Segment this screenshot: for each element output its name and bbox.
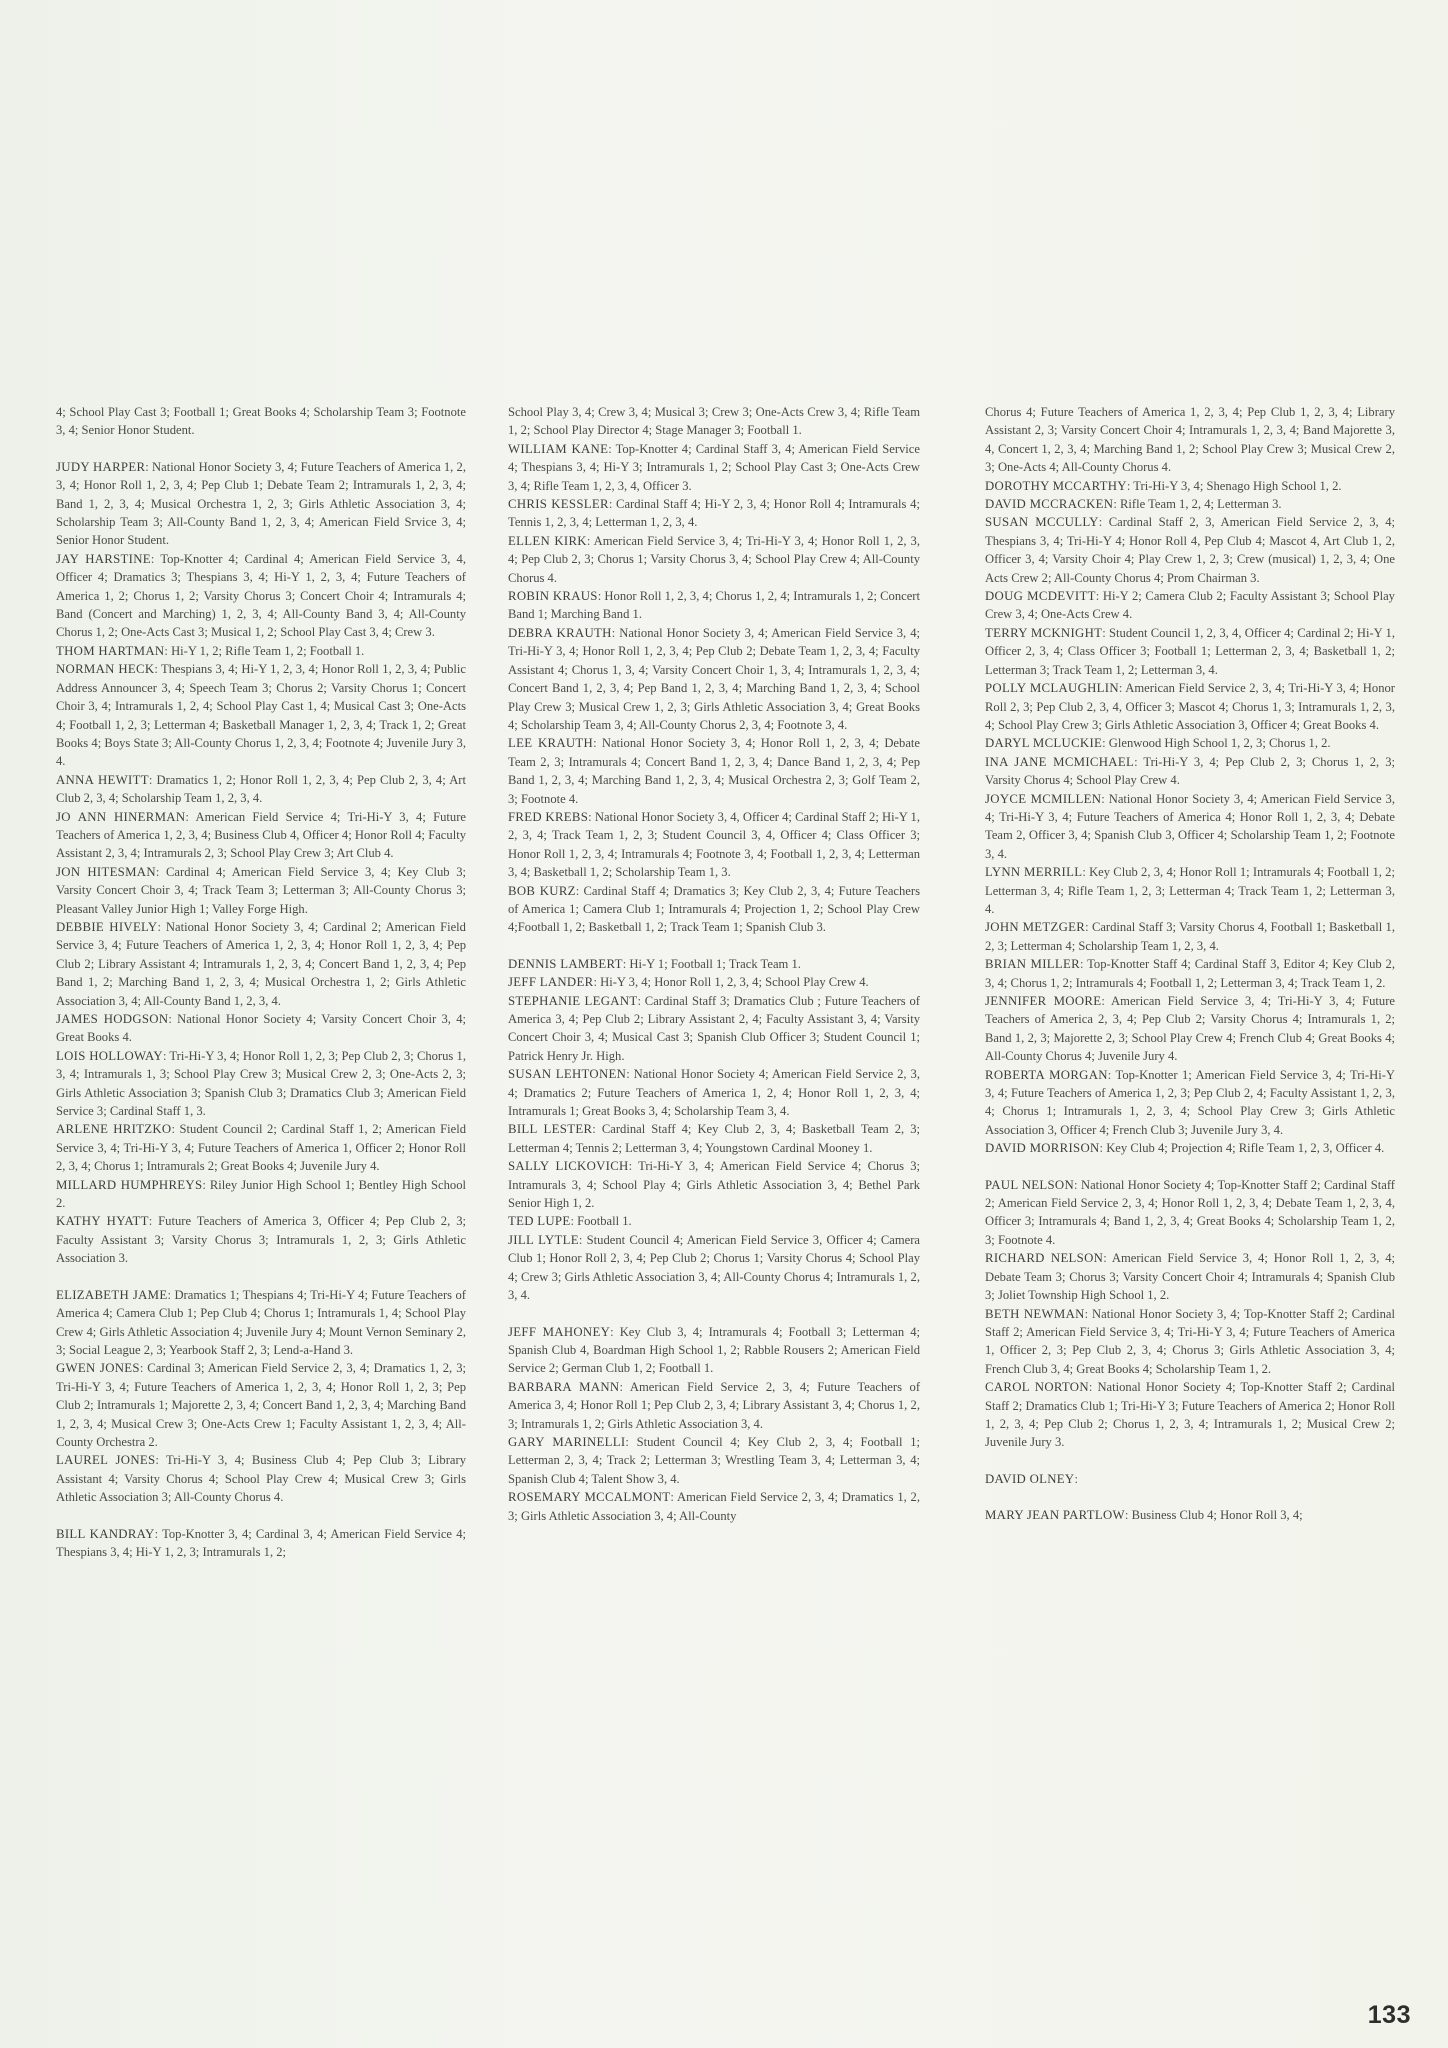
name-separator: :: [638, 994, 645, 1008]
student-name: STEPHANIE LEGANT: [508, 994, 638, 1008]
name-separator: :: [610, 1325, 620, 1339]
name-separator: :: [1102, 626, 1109, 640]
student-name: BILL KANDRAY: [56, 1527, 155, 1541]
student-name: DEBRA KRAUTH: [508, 626, 612, 640]
senior-entry: DEBBIE HIVELY: National Honor Society 3,…: [56, 918, 466, 1010]
student-name: FRED KREBS: [508, 810, 588, 824]
student-name: GWEN JONES: [56, 1361, 140, 1375]
name-separator: :: [155, 1527, 162, 1541]
senior-entry: TED LUPE: Football 1.: [508, 1212, 920, 1230]
name-separator: :: [629, 1159, 638, 1173]
student-name: DAVID OLNEY: [985, 1472, 1074, 1486]
activities-text: School Play 3, 4; Crew 3, 4; Musical 3; …: [508, 405, 920, 437]
senior-entry: CHRIS KESSLER: Cardinal Staff 4; Hi-Y 2,…: [508, 495, 920, 532]
senior-entry: ARLENE HRITZKO: Student Council 2; Cardi…: [56, 1120, 466, 1175]
name-separator: :: [592, 1122, 602, 1136]
name-separator: :: [1099, 515, 1109, 529]
name-separator: :: [151, 552, 160, 566]
student-name: JAMES HODGSON: [56, 1012, 168, 1026]
senior-entry: KATHY HYATT: Future Teachers of America …: [56, 1212, 466, 1267]
name-separator: :: [1103, 1251, 1112, 1265]
senior-entry: RICHARD NELSON: American Field Service 3…: [985, 1249, 1395, 1304]
student-name: DOROTHY McCARTHY: [985, 479, 1127, 493]
text-column-middle: School Play 3, 4; Crew 3, 4; Musical 3; …: [508, 403, 920, 1525]
name-separator: :: [1102, 736, 1109, 750]
student-name: DOUG McDEVITT: [985, 589, 1096, 603]
senior-entry: BOB KURZ: Cardinal Staff 4; Dramatics 3;…: [508, 882, 920, 937]
student-name: JOHN METZGER: [985, 920, 1085, 934]
student-name: PAUL NELSON: [985, 1178, 1074, 1192]
senior-entry: BETH NEWMAN: National Honor Society 3, 4…: [985, 1305, 1395, 1379]
activities-text: Tri-Hi-Y 3, 4; Shenago High School 1, 2.: [1133, 479, 1341, 493]
name-separator: :: [1080, 957, 1087, 971]
senior-entry: JENNIFER MOORE: American Field Service 3…: [985, 992, 1395, 1066]
name-separator: :: [157, 920, 165, 934]
senior-entry: WILLIAM KANE: Top-Knotter 4; Cardinal St…: [508, 440, 920, 495]
student-name: JO ANN HINERMAN: [56, 810, 185, 824]
student-name: JILL LYTLE: [508, 1233, 579, 1247]
activities-text: Chorus 4; Future Teachers of America 1, …: [985, 405, 1395, 474]
text-column-left: 4; School Play Cast 3; Football 1; Great…: [56, 403, 466, 1561]
senior-entry: JON HITESMAN: Cardinal 4; American Field…: [56, 863, 466, 918]
senior-entry: DARYL McLUCKIE: Glenwood High School 1, …: [985, 734, 1395, 752]
activities-text: Hi-Y 1, 2; Rifle Team 1, 2; Football 1.: [171, 644, 364, 658]
student-name: BETH NEWMAN: [985, 1307, 1085, 1321]
name-separator: :: [588, 810, 595, 824]
senior-entry: BILL LESTER: Cardinal Staff 4; Key Club …: [508, 1120, 920, 1157]
student-name: DEBBIE HIVELY: [56, 920, 157, 934]
student-name: ELIZABETH JAME: [56, 1288, 167, 1302]
senior-entry: DAVID McCRACKEN: Rifle Team 1, 2, 4; Let…: [985, 495, 1395, 513]
student-name: SALLY LICKOVICH: [508, 1159, 629, 1173]
student-name: DARYL McLUCKIE: [985, 736, 1102, 750]
student-name: KATHY HYATT: [56, 1214, 149, 1228]
student-name: GARY MARINELLI: [508, 1435, 625, 1449]
student-name: MARY JEAN PARTLOW: [985, 1508, 1125, 1522]
student-name: ROBERTA MORGAN: [985, 1068, 1108, 1082]
senior-entry: DAVID OLNEY:: [985, 1470, 1395, 1488]
student-name: MILLARD HUMPHREYS: [56, 1178, 202, 1192]
senior-entry: TERRY McKNIGHT: Student Council 1, 2, 3,…: [985, 624, 1395, 679]
senior-entry: GWEN JONES: Cardinal 3; American Field S…: [56, 1359, 466, 1451]
activities-text: Glenwood High School 1, 2, 3; Chorus 1, …: [1109, 736, 1331, 750]
student-name: BILL LESTER: [508, 1122, 592, 1136]
senior-entry: LAUREL JONES: Tri-Hi-Y 3, 4; Business Cl…: [56, 1451, 466, 1506]
name-separator: :: [579, 1233, 587, 1247]
name-separator: :: [1085, 920, 1092, 934]
senior-entry: DAVID MORRISON: Key Club 4; Projection 4…: [985, 1139, 1395, 1157]
senior-entry: INA JANE McMICHAEL: Tri-Hi-Y 3, 4; Pep C…: [985, 753, 1395, 790]
student-name: ANNA HEWITT: [56, 773, 149, 787]
name-separator: :: [202, 1178, 210, 1192]
student-name: JOYCE McMILLEN: [985, 792, 1101, 806]
name-separator: :: [587, 534, 594, 548]
senior-entry: Chorus 4; Future Teachers of America 1, …: [985, 403, 1395, 477]
senior-entry: STEPHANIE LEGANT: Cardinal Staff 3; Dram…: [508, 992, 920, 1066]
senior-entry: PAUL NELSON: National Honor Society 4; T…: [985, 1176, 1395, 1250]
student-name: JAY HARSTINE: [56, 552, 151, 566]
name-separator: :: [1096, 589, 1103, 603]
senior-entry: POLLY McLAUGHLIN: American Field Service…: [985, 679, 1395, 734]
name-separator: :: [1074, 1178, 1081, 1192]
senior-entry: FRED KREBS: National Honor Society 3, 4,…: [508, 808, 920, 882]
student-name: POLLY McLAUGHLIN: [985, 681, 1119, 695]
senior-entry: GARY MARINELLI: Student Council 4; Key C…: [508, 1433, 920, 1488]
name-separator: :: [185, 810, 195, 824]
senior-entry: BILL KANDRAY: Top-Knotter 3, 4; Cardinal…: [56, 1525, 466, 1562]
student-name: ELLEN KIRK: [508, 534, 587, 548]
name-separator: :: [1134, 755, 1143, 769]
senior-entry: DOUG McDEVITT: Hi-Y 2; Camera Club 2; Fa…: [985, 587, 1395, 624]
senior-entry: SALLY LICKOVICH: Tri-Hi-Y 3, 4; American…: [508, 1157, 920, 1212]
senior-entry: JOYCE McMILLEN: National Honor Society 3…: [985, 790, 1395, 864]
student-name: DAVID MORRISON: [985, 1141, 1100, 1155]
name-separator: :: [593, 736, 602, 750]
student-name: LYNN MERRILL: [985, 865, 1082, 879]
student-name: TERRY McKNIGHT: [985, 626, 1102, 640]
senior-entry: ROBIN KRAUS: Honor Roll 1, 2, 3, 4; Chor…: [508, 587, 920, 624]
student-name: JEFF LANDER: [508, 975, 593, 989]
senior-entry: JUDY HARPER: National Honor Society 3, 4…: [56, 458, 466, 550]
student-name: CAROL NORTON: [985, 1380, 1089, 1394]
student-name: CHRIS KESSLER: [508, 497, 609, 511]
name-separator: :: [1101, 792, 1108, 806]
activities-text: Hi-Y 3, 4; Honor Roll 1, 2, 3, 4; School…: [600, 975, 869, 989]
student-name: LAUREL JONES: [56, 1453, 155, 1467]
student-name: JEFF MAHONEY: [508, 1325, 610, 1339]
senior-entry: JAMES HODGSON: National Honor Society 4;…: [56, 1010, 466, 1047]
student-name: ROSEMARY McCALMONT: [508, 1490, 670, 1504]
student-name: BARBARA MANN: [508, 1380, 619, 1394]
activities-text: Hi-Y 1; Football 1; Track Team 1.: [629, 957, 801, 971]
senior-entry: School Play 3, 4; Crew 3, 4; Musical 3; …: [508, 403, 920, 440]
student-name: BOB KURZ: [508, 884, 576, 898]
senior-entry: JEFF MAHONEY: Key Club 3, 4; Intramurals…: [508, 1323, 920, 1378]
name-separator: :: [670, 1490, 677, 1504]
senior-entry: ANNA HEWITT: Dramatics 1, 2; Honor Roll …: [56, 771, 466, 808]
student-name: DAVID McCRACKEN: [985, 497, 1113, 511]
senior-entry: ELLEN KIRK: American Field Service 3, 4;…: [508, 532, 920, 587]
senior-entry: JAY HARSTINE: Top-Knotter 4; Cardinal 4;…: [56, 550, 466, 642]
senior-entry: DOROTHY McCARTHY: Tri-Hi-Y 3, 4; Shenago…: [985, 477, 1395, 495]
student-name: NORMAN HECK: [56, 662, 154, 676]
name-separator: :: [608, 442, 615, 456]
student-name: JENNIFER MOORE: [985, 994, 1101, 1008]
senior-entry: ROSEMARY McCALMONT: American Field Servi…: [508, 1488, 920, 1525]
name-separator: :: [149, 1214, 158, 1228]
student-name: SUSAN McCULLY: [985, 515, 1099, 529]
senior-entry: MILLARD HUMPHREYS: Riley Junior High Sch…: [56, 1176, 466, 1213]
name-separator: :: [1108, 1068, 1116, 1082]
page-number: 133: [1368, 2001, 1411, 2030]
name-separator: :: [609, 497, 616, 511]
senior-entry: MARY JEAN PARTLOW: Business Club 4; Hono…: [985, 1506, 1395, 1524]
name-separator: :: [156, 865, 166, 879]
student-name: TED LUPE: [508, 1214, 570, 1228]
senior-entry: JILL LYTLE: Student Council 4; American …: [508, 1231, 920, 1305]
activities-text: Football 1.: [577, 1214, 632, 1228]
senior-entry: JO ANN HINERMAN: American Field Service …: [56, 808, 466, 863]
senior-entry: SUSAN McCULLY: Cardinal Staff 2, 3, Amer…: [985, 513, 1395, 587]
student-name: WILLIAM KANE: [508, 442, 608, 456]
senior-entry: LEE KRAUTH: National Honor Society 3, 4;…: [508, 734, 920, 808]
student-name: LEE KRAUTH: [508, 736, 593, 750]
senior-entry: SUSAN LEHTONEN: National Honor Society 4…: [508, 1065, 920, 1120]
name-separator: :: [576, 884, 584, 898]
senior-entry: DEBRA KRAUTH: National Honor Society 3, …: [508, 624, 920, 734]
student-name: BRIAN MILLER: [985, 957, 1080, 971]
senior-entry: BRIAN MILLER: Top-Knotter Staff 4; Cardi…: [985, 955, 1395, 992]
senior-entry: LYNN MERRILL: Key Club 2, 3, 4; Honor Ro…: [985, 863, 1395, 918]
student-name: ROBIN KRAUS: [508, 589, 598, 603]
name-separator: :: [1085, 1307, 1092, 1321]
senior-entry: JEFF LANDER: Hi-Y 3, 4; Honor Roll 1, 2,…: [508, 973, 920, 991]
name-separator: :: [145, 460, 152, 474]
activities-text: Key Club 4; Projection 4; Rifle Team 1, …: [1106, 1141, 1384, 1155]
senior-entry: ELIZABETH JAME: Dramatics 1; Thespians 4…: [56, 1286, 466, 1360]
student-name: ARLENE HRITZKO: [56, 1122, 171, 1136]
name-separator: :: [155, 1453, 166, 1467]
senior-entry: 4; School Play Cast 3; Football 1; Great…: [56, 403, 466, 440]
senior-entry: ROBERTA MORGAN: Top-Knotter 1; American …: [985, 1066, 1395, 1140]
student-name: JON HITESMAN: [56, 865, 156, 879]
activities-text: 4; School Play Cast 3; Football 1; Great…: [56, 405, 466, 437]
senior-entry: DENNIS LAMBERT: Hi-Y 1; Football 1; Trac…: [508, 955, 920, 973]
name-separator: :: [619, 1380, 629, 1394]
senior-entry: JOHN METZGER: Cardinal Staff 3; Varsity …: [985, 918, 1395, 955]
student-name: SUSAN LEHTONEN: [508, 1067, 626, 1081]
name-separator: :: [1125, 1508, 1132, 1522]
name-separator: :: [171, 1122, 179, 1136]
name-separator: :: [1101, 994, 1111, 1008]
senior-entry: NORMAN HECK: Thespians 3, 4; Hi-Y 1, 2, …: [56, 660, 466, 770]
activities-text: Business Club 4; Honor Roll 3, 4;: [1132, 1508, 1303, 1522]
student-name: DENNIS LAMBERT: [508, 957, 623, 971]
name-separator: :: [1074, 1472, 1078, 1486]
name-separator: :: [625, 1435, 636, 1449]
name-separator: :: [168, 1012, 177, 1026]
senior-entry: THOM HARTMAN: Hi-Y 1, 2; Rifle Team 1, 2…: [56, 642, 466, 660]
student-name: THOM HARTMAN: [56, 644, 164, 658]
text-column-right: Chorus 4; Future Teachers of America 1, …: [985, 403, 1395, 1525]
student-name: RICHARD NELSON: [985, 1251, 1103, 1265]
activities-text: National Honor Society 3, 4; American Fi…: [508, 626, 920, 732]
name-separator: :: [1113, 497, 1120, 511]
student-name: JUDY HARPER: [56, 460, 145, 474]
name-separator: :: [626, 1067, 633, 1081]
senior-entry: CAROL NORTON: National Honor Society 4; …: [985, 1378, 1395, 1452]
student-name: INA JANE McMICHAEL: [985, 755, 1134, 769]
senior-entry: BARBARA MANN: American Field Service 2, …: [508, 1378, 920, 1433]
senior-entry: LOIS HOLLOWAY: Tri-Hi-Y 3, 4; Honor Roll…: [56, 1047, 466, 1121]
student-name: LOIS HOLLOWAY: [56, 1049, 163, 1063]
activities-text: Thespians 3, 4; Hi-Y 1, 2, 3, 4; Honor R…: [56, 662, 466, 768]
activities-text: Rifle Team 1, 2, 4; Letterman 3.: [1120, 497, 1282, 511]
